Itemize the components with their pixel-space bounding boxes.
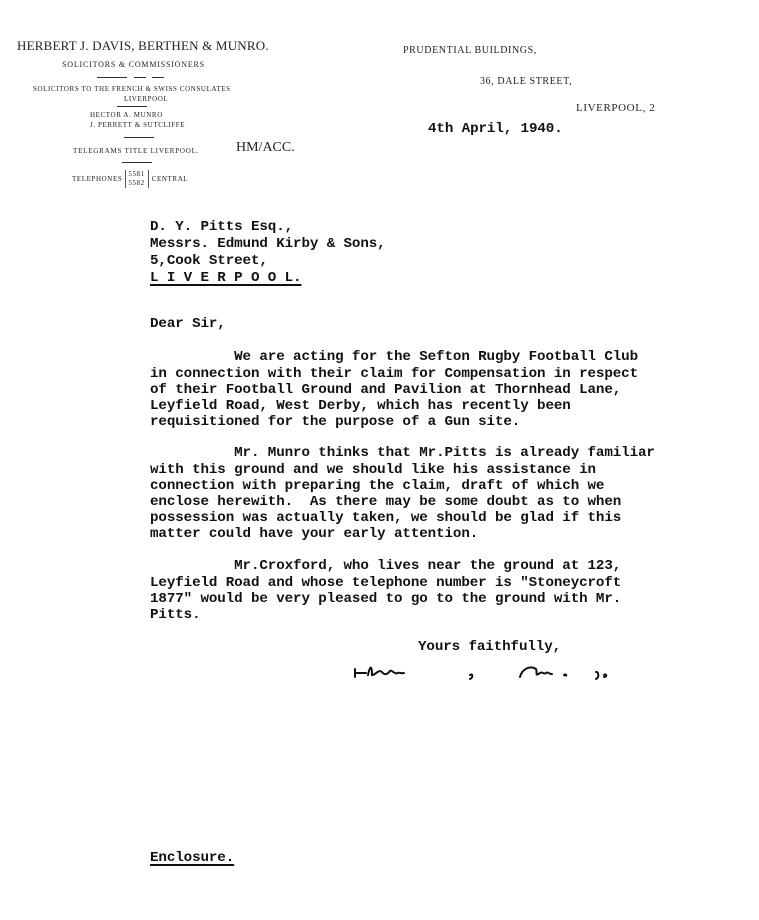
salutation: Dear Sir,	[150, 316, 226, 332]
closing: Yours faithfully,	[418, 639, 561, 655]
divider	[134, 77, 146, 78]
body-line: Leyfield Road and whose telephone number…	[150, 575, 621, 591]
address-line: LIVERPOOL, 2	[576, 102, 655, 114]
firm-subtitle: SOLICITORS & COMMISSIONERS	[62, 60, 205, 69]
body-line: of their Football Ground and Pavilion at…	[150, 382, 621, 398]
body-line: 1877" would be very pleased to go to the…	[150, 591, 621, 607]
signature	[352, 655, 652, 690]
body-line: Leyfield Road, West Derby, which has rec…	[150, 398, 571, 414]
divider	[97, 77, 127, 78]
body-line: in connection with their claim for Compe…	[150, 366, 638, 382]
address-line: PRUDENTIAL BUILDINGS,	[403, 45, 537, 56]
body-line: Mr. Munro thinks that Mr.Pitts is alread…	[150, 445, 655, 461]
recipient-name: D. Y. Pitts Esq.,	[150, 219, 293, 235]
body-line: enclose herewith. As there may be some d…	[150, 494, 621, 510]
divider	[124, 137, 154, 138]
reference: HM/ACC.	[236, 140, 295, 156]
enclosure-note: Enclosure.	[150, 850, 234, 866]
partner-name: HECTOR A. MUNRO	[90, 111, 163, 119]
telephone-exchange: CENTRAL	[148, 170, 188, 188]
partner-name: J. PERRETT & SUTCLIFFE	[90, 121, 185, 129]
recipient-firm: Messrs. Edmund Kirby & Sons,	[150, 236, 386, 252]
body-line: matter could have your early attention.	[150, 526, 478, 542]
telephone-number: 5582	[128, 179, 144, 188]
telegrams-address: TELEGRAMS TITLE LIVERPOOL.	[73, 147, 199, 155]
body-line: connection with preparing the claim, dra…	[150, 478, 604, 494]
telephone-number: 5581	[128, 170, 144, 179]
recipient-city: L I V E R P O O L.	[150, 270, 301, 286]
address-line: 36, DALE STREET,	[480, 76, 572, 87]
divider	[152, 77, 164, 78]
body-line: possession was actually taken, we should…	[150, 510, 621, 526]
divider	[122, 162, 152, 163]
consulates-city: LIVERPOOL	[124, 95, 168, 103]
body-line: with this ground and we should like his …	[150, 462, 596, 478]
firm-name: HERBERT J. DAVIS, BERTHEN & MUNRO.	[17, 38, 269, 54]
body-line: Pitts.	[150, 607, 200, 623]
body-line: We are acting for the Sefton Rugby Footb…	[150, 349, 638, 365]
divider	[117, 106, 147, 107]
letter-date: 4th April, 1940.	[428, 121, 563, 137]
body-line: Mr.Croxford, who lives near the ground a…	[150, 558, 621, 574]
telephone-label: TELEPHONES	[72, 175, 122, 183]
recipient-street: 5,Cook Street,	[150, 253, 268, 269]
signature-scribble-icon	[352, 655, 652, 685]
telephone-block: TELEPHONES 5581 5582 CENTRAL	[72, 170, 188, 188]
body-line: requisitioned for the purpose of a Gun s…	[150, 414, 520, 430]
consulates-line: SOLICITORS TO THE FRENCH & SWISS CONSULA…	[33, 85, 231, 93]
